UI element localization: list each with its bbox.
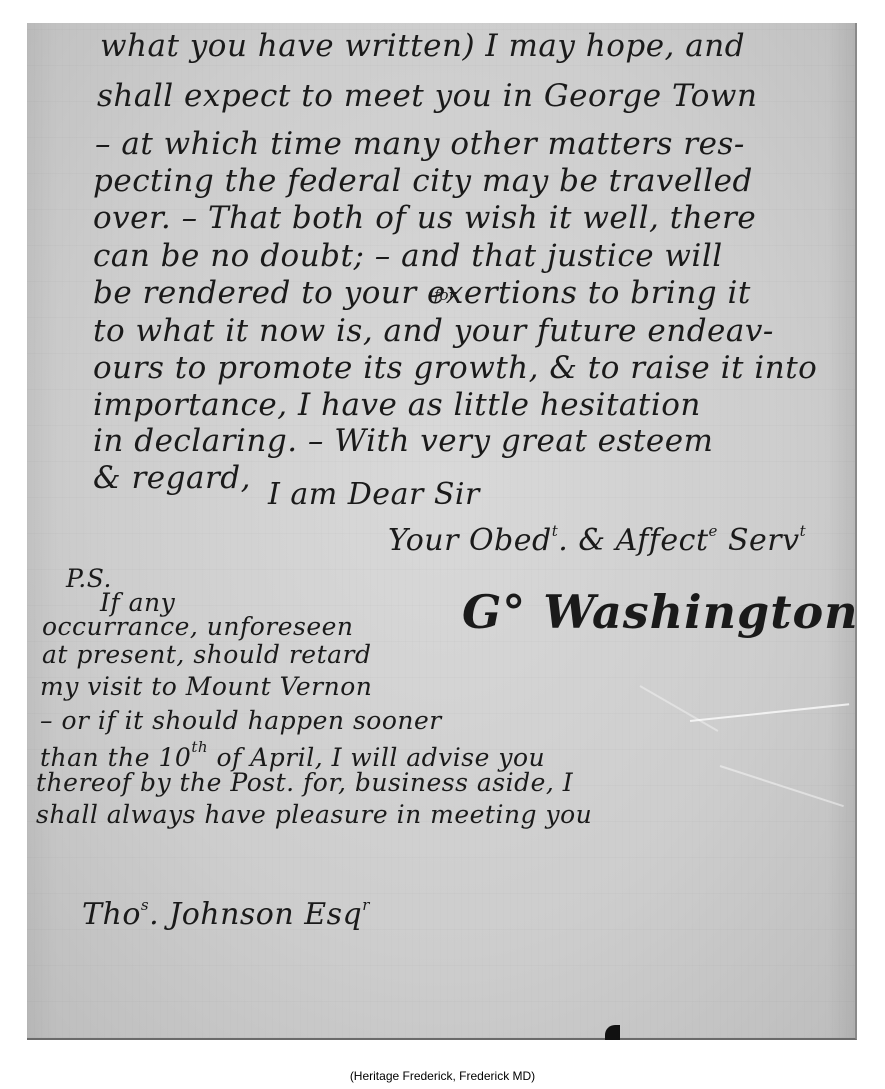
- letter-line: in declaring. – With very great esteem: [93, 423, 713, 459]
- postscript-line: – or if it should happen sooner: [40, 706, 442, 735]
- letter-line: ours to promote its growth, & to raise i…: [93, 350, 817, 386]
- superscript: e: [709, 522, 718, 540]
- superscript: r: [362, 896, 370, 914]
- letter-line: can be no doubt; – and that justice will: [93, 238, 723, 274]
- closing-text: Your Obed: [388, 523, 552, 558]
- postscript-line: my visit to Mount Vernon: [40, 672, 372, 701]
- letter-line: what you have written) I may hope, and: [100, 28, 745, 64]
- mounting-tab-mark: [605, 1025, 620, 1040]
- postscript-line: than the 10th of April, I will advise yo…: [40, 738, 545, 772]
- letter-line: over. – That both of us wish it well, th…: [93, 200, 756, 236]
- closing-text: . & Affect: [558, 523, 708, 558]
- postscript-line: at present, should retard: [42, 640, 372, 669]
- postscript-line: thereof by the Post. for, business aside…: [36, 768, 573, 797]
- addressee-text: Tho: [82, 897, 141, 932]
- closing-text: Serv: [718, 523, 800, 558]
- postscript-line: shall always have pleasure in meeting yo…: [36, 800, 592, 829]
- letter-line: – at which time many other matters res-: [95, 126, 745, 162]
- image-caption: (Heritage Frederick, Frederick MD): [0, 1069, 885, 1083]
- letter-line: pecting the federal city may be travelle…: [93, 163, 753, 199]
- superscript: t: [800, 522, 807, 540]
- letter-line: be rendered to your exertions to bring i…: [93, 275, 751, 311]
- addressee: Thos. Johnson Esqr: [82, 896, 370, 932]
- closing-salutation: I am Dear Sir: [268, 477, 480, 512]
- closing-servant-line: Your Obedt. & Affecte Servt: [388, 522, 806, 558]
- addressee-text: . Johnson Esq: [149, 897, 362, 932]
- superscript: s: [141, 896, 149, 914]
- superscript: th: [191, 738, 208, 756]
- letter-line: importance, I have as little hesitation: [93, 387, 701, 423]
- letter-line: to what it now is, and your future endea…: [93, 313, 774, 349]
- letter-line: & regard,: [93, 460, 251, 496]
- signature: G° Washington: [462, 585, 859, 639]
- letter-line: shall expect to meet you in George Town: [97, 78, 757, 114]
- interlinear-insert: for: [434, 286, 456, 304]
- postscript-line: occurrance, unforeseen: [42, 612, 354, 641]
